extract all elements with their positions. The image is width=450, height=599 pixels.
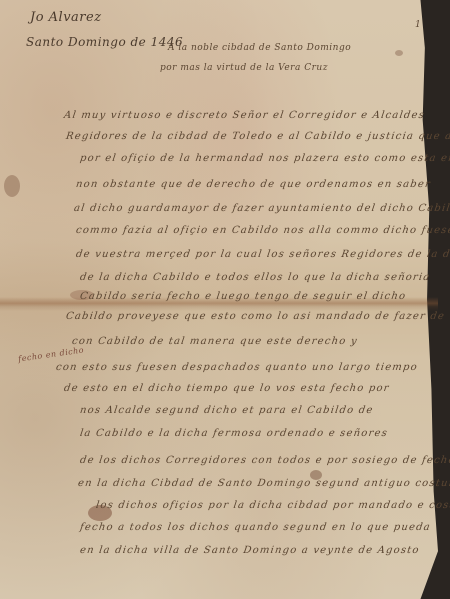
body-line: commo fazia al ofiçio en Cabildo nos all… — [75, 225, 450, 236]
body-line: de los dichos Corregidores con todos e p… — [79, 455, 450, 466]
archival-note-date: Santo Domingo de 1446 — [26, 35, 183, 49]
body-line: nos Alcalde segund dicho et para el Cabi… — [79, 405, 374, 416]
body-line: Al muy virtuoso e discreto Señor el Corr… — [63, 110, 425, 121]
body-line: en la dicha Cibdad de Santo Domingo segu… — [77, 478, 450, 489]
body-line: con Cabildo de tal manera que este derec… — [71, 336, 358, 347]
stain — [4, 175, 20, 197]
archival-note-name: Jo Alvarez — [30, 10, 102, 25]
page-marker: 1 — [415, 20, 421, 30]
address-line-1: A la noble cibdad de Santo Domingo — [168, 43, 351, 53]
body-line: de vuestra merçed por la cual los señore… — [75, 249, 450, 260]
body-line: los dichos ofiçios por la dicha cibdad p… — [95, 500, 450, 511]
body-line: non obstante que de derecho de que orden… — [75, 179, 432, 190]
body-line: en la dicha villa de Santo Domingo a vey… — [79, 545, 420, 556]
body-line: con esto sus fuesen despachados quanto u… — [55, 362, 418, 373]
body-line: Regidores de la cibdad de Toledo e al Ca… — [65, 131, 450, 142]
body-line: fecho a todos los dichos quando segund e… — [79, 522, 431, 533]
body-line: de la dicha Cabildo e todos ellos lo que… — [79, 272, 431, 283]
body-line: al dicho guardamayor de fazer ayuntamien… — [73, 203, 450, 214]
body-line: por el ofiçio de la hermandad nos plazer… — [79, 153, 450, 164]
stain — [395, 50, 403, 56]
body-line: Cabildo seria fecho e luego tengo de seg… — [79, 291, 407, 302]
body-line: la Cabildo e la dicha fermosa ordenado e… — [79, 428, 388, 439]
body-line: Cabildo proveyese que esto como lo asi m… — [65, 311, 446, 322]
address-line-2: por mas la virtud de la Vera Cruz — [160, 63, 328, 73]
body-line: de esto en el dicho tiempo que lo vos es… — [63, 383, 390, 394]
